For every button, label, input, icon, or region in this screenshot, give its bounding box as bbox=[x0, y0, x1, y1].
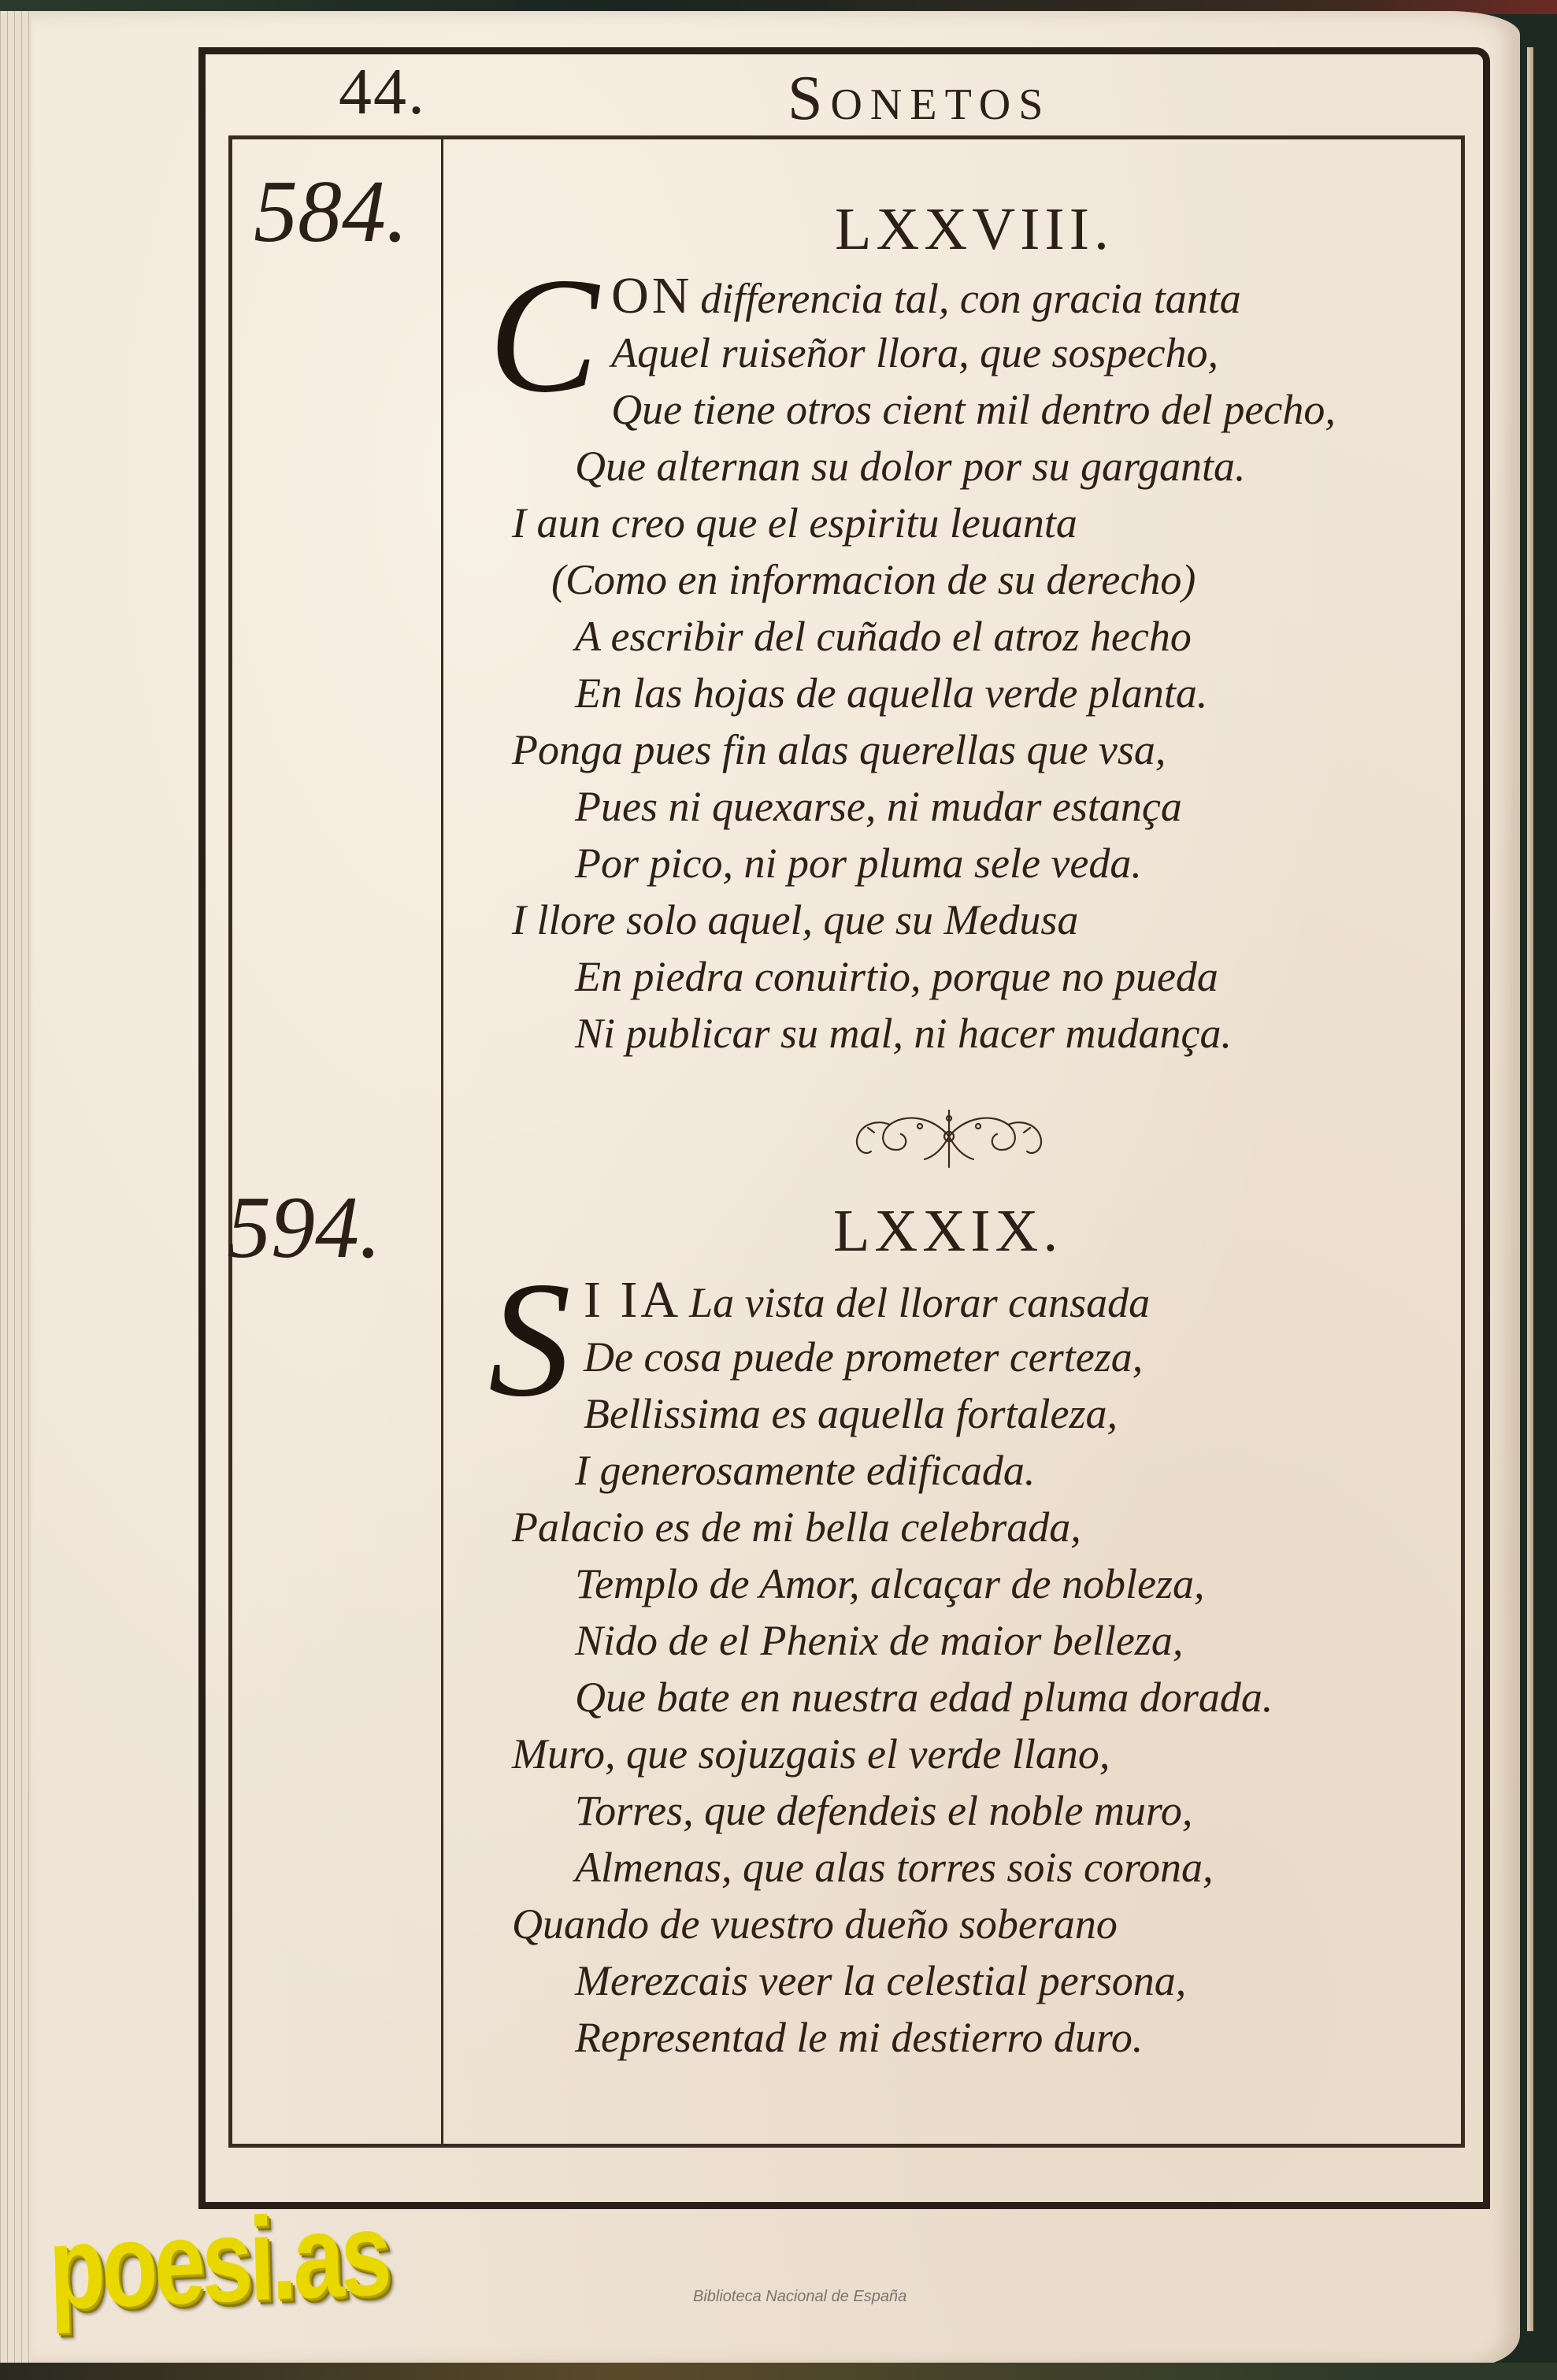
verse-line: ONdifferencia tal, con gracia tanta bbox=[488, 268, 1457, 324]
poem-margin-number: 584. bbox=[254, 161, 408, 263]
verse-line: Ponga pues fin alas querellas que vsa, bbox=[488, 721, 1457, 778]
verse-line: I llore solo aquel, que su Medusa bbox=[488, 892, 1457, 948]
library-credit: Biblioteca Nacional de España bbox=[693, 2288, 906, 2306]
verse-line: I IALa vista del llorar cansada bbox=[488, 1272, 1457, 1329]
drop-cap-letter: S bbox=[488, 1277, 571, 1403]
running-title: Sonetos bbox=[788, 63, 1051, 135]
opening-capitals: ON bbox=[611, 267, 692, 324]
verse-line: I aun creo que el espiritu leuanta bbox=[488, 495, 1457, 551]
page-curl-edge bbox=[1527, 47, 1533, 2331]
page-number: 44. bbox=[339, 54, 426, 130]
verse-line: Merezcais veer la celestial persona, bbox=[488, 1952, 1457, 2009]
verse-line: Templo de Amor, alcaçar de nobleza, bbox=[488, 1555, 1457, 1612]
verse-line: Que alternan su dolor por su garganta. bbox=[488, 438, 1457, 495]
verse-line: En las hojas de aquella verde planta. bbox=[488, 665, 1457, 721]
verse-line: Aquel ruiseñor llora, que sospecho, bbox=[488, 324, 1457, 381]
verse-line: Pues ni quexarse, ni mudar estança bbox=[488, 778, 1457, 835]
verse-line: Palacio es de mi bella celebrada, bbox=[488, 1499, 1457, 1555]
sonnet-roman-numeral: LXXIX. bbox=[833, 1197, 1062, 1266]
sonnet-roman-numeral: LXXVIII. bbox=[835, 195, 1114, 264]
verse-line: A escribir del cuñado el atroz hecho bbox=[488, 608, 1457, 665]
drop-cap-letter: C bbox=[488, 272, 599, 399]
verse-line: Quando de vuestro dueño soberano bbox=[488, 1896, 1457, 1952]
verse-line: I generosamente edificada. bbox=[488, 1442, 1457, 1499]
verse-line: Que bate en nuestra edad pluma dorada. bbox=[488, 1669, 1457, 1726]
poem-margin-number: 594. bbox=[227, 1177, 381, 1279]
verse-line: Que tiene otros cient mil dentro del pec… bbox=[488, 381, 1457, 438]
verse-line: Muro, que sojuzgais el verde llano, bbox=[488, 1726, 1457, 1782]
verse-line: Torres, que defendeis el noble muro, bbox=[488, 1782, 1457, 1839]
verse-line: Nido de el Phenix de maior belleza, bbox=[488, 1612, 1457, 1669]
poesias-logo: poesi.as bbox=[47, 2194, 390, 2327]
sonnet-lxxix: S I IALa vista del llorar cansada De cos… bbox=[488, 1272, 1457, 2066]
opening-capitals: I IA bbox=[584, 1271, 681, 1329]
margin-column-divider bbox=[441, 135, 443, 2148]
verse-line: Representad le mi destierro duro. bbox=[488, 2009, 1457, 2066]
verse-line: (Como en informacion de su derecho) bbox=[488, 551, 1457, 608]
verse-line: Almenas, que alas torres sois corona, bbox=[488, 1839, 1457, 1896]
verse-line: Por pico, ni por pluma sele veda. bbox=[488, 835, 1457, 892]
verse-line: En piedra conuirtio, porque no pueda bbox=[488, 948, 1457, 1005]
verse-line: De cosa puede prometer certeza, bbox=[488, 1329, 1457, 1385]
verse-line: Bellissima es aquella fortaleza, bbox=[488, 1385, 1457, 1442]
verse-line: Ni publicar su mal, ni hacer mudança. bbox=[488, 1005, 1457, 1062]
sonnet-lxxviii: C ONdifferencia tal, con gracia tanta Aq… bbox=[488, 268, 1457, 1062]
book-cover-bottom-edge bbox=[0, 2363, 1557, 2380]
floral-ornament-icon bbox=[843, 1101, 1055, 1172]
